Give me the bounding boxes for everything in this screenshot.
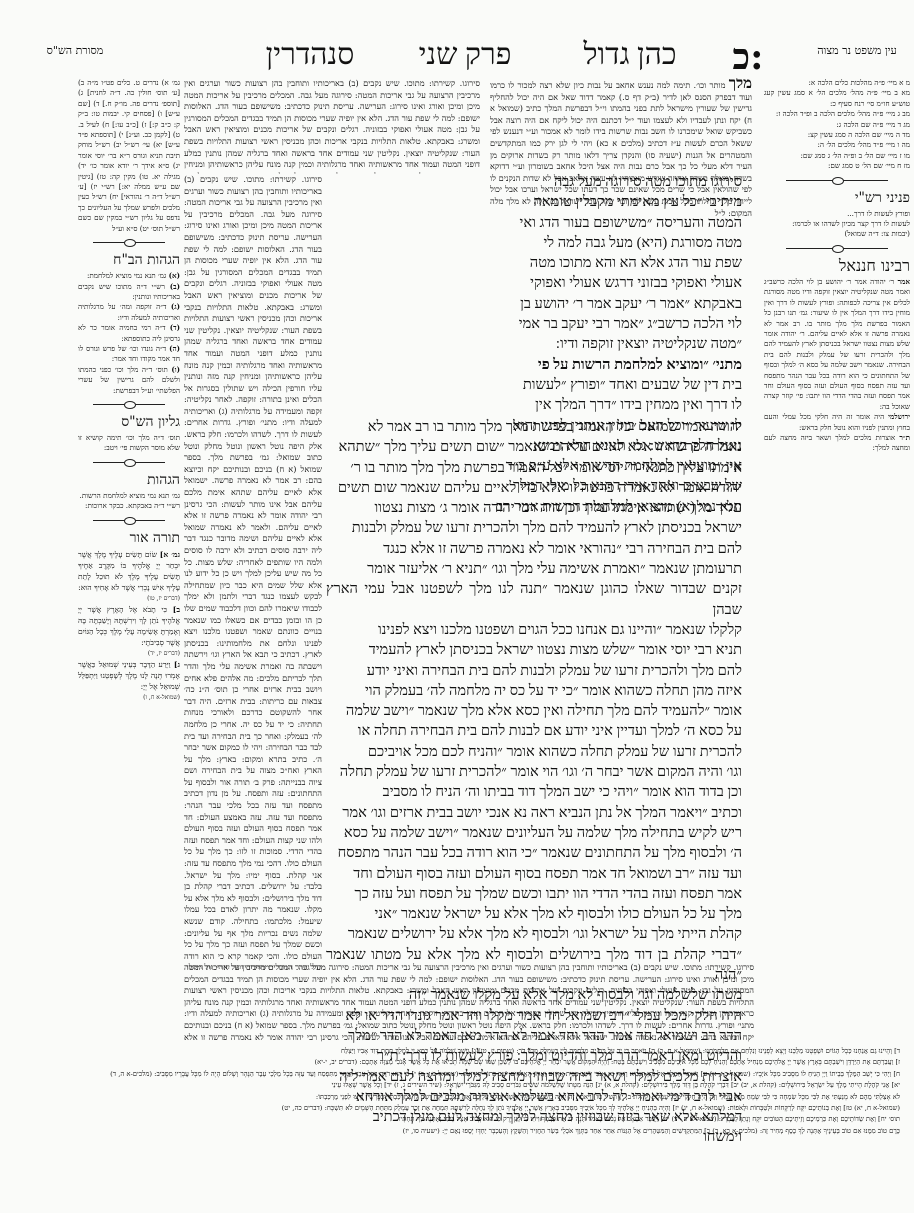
gemara-line: לו דרך ואין ממחין בידו ״דרך המלך אין — [326, 395, 742, 415]
ornament-divider — [93, 516, 164, 525]
gemara-line: להם בית הבחירה רבי ״נהוראי אומר לא נאמרה… — [326, 539, 742, 559]
masoret-hashas-text: גמ׳ א) נדרים ט. כלים פט״ו מ״ה ב) [ע׳ תוס… — [78, 78, 180, 234]
ein-mishpat-entry: מו ז מיי׳ שם הל׳ ב ופ״ה הל׳ ג סמג שם: — [764, 151, 910, 161]
gemara-line: ועד עזה ״רב ושמואל חד אמר תפסח בסוף העול… — [326, 864, 742, 884]
verse-source: (דברים יז, טו) — [78, 593, 180, 604]
chapter-name: כהן גדול — [560, 38, 700, 72]
ornament-divider — [786, 244, 888, 253]
rashi-text: סירוגו. קשירתו: מתוכו. שיש נקבים (ב) באר… — [184, 78, 480, 174]
penei-rashi-title: פניני רש"י — [764, 189, 910, 207]
penei-rashi-line: (יבמות צו: ד״ה שמואל) — [764, 229, 910, 239]
ein-mishpat-entries: מ א מיי׳ פ״ה מהלכות כלים הלכה א: מא ב מי… — [764, 78, 910, 172]
ornament-divider — [93, 400, 164, 409]
gemara-line: וכן בדוד הוא אומר ״ויהי כי ישב המלך דוד … — [326, 782, 742, 802]
gemara-line: תניא רבי יוסי אומר ״שלש מצות נצטוו ישראל… — [326, 640, 742, 660]
chananel-extra-text: אוצרות מלכים למלך ושאר ביזה מחצה לעם ומח… — [764, 433, 910, 452]
footnote-line: (שמואל-א ח, יא) טז] וְאֶת בְּנוֹתֵיכֶם י… — [14, 1103, 900, 1114]
rashi-text-cont: סירוגו. קשירתו: מתוכו. שיש נקבים (ב) באר… — [184, 174, 322, 969]
habach-entry: (ב) רש״י ד״ה מתוכו שיש נקבים באריכותיו ו… — [78, 282, 180, 303]
right-margin: מ א מיי׳ פ״ה מהלכות כלים הלכה א: מא ב מי… — [764, 78, 910, 454]
gemara-line: נאמרה פרשה זו אלא לאיים עליהם שנאמר ״שום… — [326, 437, 742, 457]
footnotes-block: ד] וְהָיִינוּ גַם אֲנַחְנוּ כְּכָל הַגּו… — [14, 1046, 900, 1137]
ein-mishpat-entry: מב ג מיי׳ פ״ה מהל׳ מלכים הלכה ב ופ״ד הלכ… — [764, 109, 910, 119]
gemara-line: ״דברי קהלת בן דוד מלך בירושלים ולבסוף לא… — [326, 945, 742, 986]
ein-mishpat-entry: מג ד מיי׳ פ״ה שם הלכה ג: — [764, 120, 910, 130]
left-margin: גמ׳ א) נדרים ט. כלים פט״ו מ״ה ב) [ע׳ תוס… — [78, 78, 180, 703]
footnote-line: ז] וַעֲבַרְתֶּם אֶת הַיַּרְדֵּן וִישַׁבְ… — [14, 1057, 900, 1068]
masoret-title: מסורת הש"ס — [20, 44, 130, 58]
habach-entry: (ה) ד״ה גונדו וכו׳ של פרש וגורס לו חד אמ… — [78, 344, 180, 365]
gemara-line: ״מטה שנקליטיה יוצאין זוקפה ודיו: — [326, 334, 742, 354]
hagahot-habach-title: הגהות הב"ח — [78, 251, 180, 269]
gemara-line: תרעומתן שנאמר ״ואמרת אשימה עלי מלך וגו׳ … — [326, 559, 742, 579]
gemara-line: המטה והעריסה ״משישופם בעור הדג ואי — [326, 213, 742, 233]
footnote-line: תוס׳ יח] וְאֶת שְׂדוֹתֵיכֶם וְאֶת כַּרְמ… — [14, 1114, 900, 1125]
torah-or-verses: גמ׳ א] שׂוֹם תָּשִׂים עָלֶיךָ מֶלֶךְ אֲש… — [78, 549, 180, 703]
gemara-line: על כסא ה׳ למלך ועדיין איני יודע אם לבנות… — [326, 721, 742, 741]
daf-number: כ: — [718, 36, 778, 78]
habach-entry: (ו) תוס׳ ד״ה מלך וכו׳ כפני כהמתו ולשלם ל… — [78, 365, 180, 396]
footnote-line: ח] וַיְהִי כִּי יָשַׁב הַמֶּלֶךְ בְּבֵית… — [14, 1069, 900, 1080]
gemara-line: קלקלו שנאמר ״והיינו גם אנחנו ככל הגוים ו… — [326, 620, 742, 640]
ein-mishpat-entry: מ א מיי׳ פ״ה מהלכות כלים הלכה א: — [764, 78, 910, 88]
ein-mishpat-entry: מא ב מיי׳ פ״ה מהל׳ מלכים הל׳ א סמג עשין … — [764, 88, 910, 109]
footnote-line: כֶּרֶם טוֹב מִמֶּנּוּ אִם טוֹב בְּעֵינֶי… — [14, 1126, 900, 1137]
gemara-line: יהודה אמר שמואל ״כל האמור בפרשת מלך מלך … — [326, 417, 742, 437]
gemara-line: מטתו שלשלמה וגו׳ ולבסוף לא מלך אלא על מק… — [326, 985, 742, 1005]
gemara-line: ישראל בכניסתן לארץ להעמיד להם מלך ולהכרי… — [326, 518, 742, 538]
gemara-line: בית דין של שבעים ואחד ״ופורץ ״לעשות — [326, 375, 742, 395]
chananel-lead-word: אמר — [898, 277, 910, 286]
gemara-line: אומר ״להעמיד להם מלך תחילה ואין כסא אלא … — [326, 701, 742, 721]
gemara-line: מיתיבי ״כל עץ מאימתי מקבלין טומאה — [326, 192, 742, 212]
gemara-line: ריש לקיש בתחילה מלך שלמה על העליונים שנא… — [326, 823, 742, 843]
gemara-line: וגו׳ והיה המקום אשר יבחר ה׳ וגו׳ הוי אומ… — [326, 762, 742, 782]
gilyon-hashas-text: תוס׳ ד״ה מלך וכו׳ תימה קושיא זו שלא מוסר… — [78, 433, 180, 454]
verse-source: (שמואל-א ח, ו) — [78, 692, 180, 703]
gemara-line: אמר תפסח ועזה בהדי הדדי הוו יתבו וכשם שמ… — [326, 884, 742, 904]
gemara-line: איזה מהן תחלה כשהוא אומר ״כי יד על כס יה… — [326, 681, 742, 701]
rashi-commentary-top: סירוגו. קשירתו: מתוכו. שיש נקבים (ב) באר… — [184, 78, 480, 174]
verse-source: (דברים יז, יד) — [78, 648, 180, 659]
gemara-line: שפת עור הדג אלא הא והא מתוכו מטה — [326, 253, 742, 273]
ein-mishpat-entry: מז ח מיי׳ שם הל׳ ט סמג שם: — [764, 161, 910, 171]
torah-or-verse: ב] כִּי תָבֹא אֶל הָאָרֶץ אֲשֶׁר יְיָ אֱ… — [78, 604, 180, 648]
gemara-line: קהלת הייתי מלך על ישראל וגו׳ ולבסוף לא מ… — [326, 924, 742, 944]
gemara-line: באבקתא ״אמר ר׳ יעקב אמר ר׳ יהושע בן — [326, 294, 742, 314]
gemara-line: היה חלקי מכל עמלי ״רב ושמואל חד אמר מקלו… — [326, 1006, 742, 1026]
rabbeinu-chananel-title: רבינו חננאל — [764, 257, 910, 275]
ornament-divider — [93, 238, 164, 247]
gemara-line: אעולי ואפוקי בבזוני דרגש אעולי ואפוקי — [326, 273, 742, 293]
gemara-line: מטה מסורגת (היא) מעל גבה למה לי — [326, 233, 742, 253]
hagahot-habach-entries: (א) גמ׳ תנא נמי מוציא למלחמת: (ב) רש״י ד… — [78, 271, 180, 396]
gemara-line: לוי הלכה כרשב״ג ״אמר רבי יעקב בר אמי — [326, 314, 742, 334]
footnote-line: יא] אֲנִי קֹהֶלֶת הָיִיתִי מֶלֶךְ עַל יִ… — [14, 1080, 900, 1091]
footnote-line: ד] וְהָיִינוּ גַם אֲנַחְנוּ כְּכָל הַגּו… — [14, 1046, 900, 1057]
gilyon-hashas-title: גליון הש"ס — [78, 413, 180, 431]
gemara-line: אימתו עליך כתנאי ר׳ יוסי אומר ״כל האמור … — [326, 458, 742, 478]
gemara-line: סירוגו מתוכו מטה סירוגה מעל גבה — [326, 172, 742, 192]
rashi-commentary-column: סירוגו. קשירתו: מתוכו. שיש נקבים (ב) באר… — [184, 174, 322, 969]
gemara-line: זקנים שבדור שאלו כהוגן שנאמר ״תנה לנו מל… — [326, 579, 742, 620]
torah-or-verse: גמ׳ א] שׂוֹם תָּשִׂים עָלֶיךָ מֶלֶךְ אֲש… — [78, 549, 180, 593]
penei-rashi-line: לעשות לו דרך קצר מכיון לשדהו או לכרמו: — [764, 219, 910, 229]
chananel-body: ר׳ יהודה אמר ר׳ יהושע בן לוי הלכה כרשב״ג… — [764, 277, 910, 411]
gemara-line: הדר רב ושמואל חד אמר הדר וחד אמר לא הדר … — [326, 1026, 742, 1046]
torah-or-title: תורה אור — [78, 529, 180, 547]
chananel-extra-lead: ת״ר — [899, 433, 910, 442]
ein-mishpat-entry: מה ו מיי׳ פ״ד מהל׳ מלכים הל׳ ה: — [764, 140, 910, 150]
gemara-line: מלך על כל העולם כולו ולבסוף לא מלך אלא ע… — [326, 904, 742, 924]
ornament-divider — [93, 458, 164, 467]
habach-entry: (א) גמ׳ תנא נמי מוציא למלחמת: — [78, 271, 180, 281]
footnote-line: לֹא אָצַלְתִּי מֵהֶם לֹא מָנַעְתִּי אֶת … — [14, 1092, 900, 1103]
habach-entry: (ד) ד״ה רמי בחמיה אומר כר לא גרסינן ליה … — [78, 323, 180, 344]
gemara-line: וכתיב ״ויאמר המלך אל נתן הנביא ראה נא אנ… — [326, 803, 742, 823]
gemara-line: ה׳ ולבסוף מלך על התחתונים שנאמר ״כי הוא … — [326, 843, 742, 863]
gemara-line: עליך מלך שתהא אימתו עליך וכן היה רבי יהו… — [326, 498, 742, 518]
penei-rashi-line: ופורץ לעשות לו דרך... — [764, 209, 910, 219]
tractate-name: סנהדרין — [245, 38, 375, 72]
gemara-text-wide: יהודה אמר שמואל ״כל האמור בפרשת מלך מלך … — [326, 417, 742, 1148]
tosafot-lead-word: מלך — [729, 78, 752, 92]
perek-number: פרק שני — [405, 38, 525, 72]
gemara-line: יהודה אומר לא נאמרה פרשה זו אלא כדי לאיי… — [326, 478, 742, 498]
mishnah-start-line: מתני׳ ״ומוציא למלחמת הרשות על פי — [326, 355, 742, 375]
gemara-line: להכרית זרעו של עמלק תחלה כשהוא אומר ״והנ… — [326, 742, 742, 762]
gemara-line: להם מלך ולהכרית זרעו של עמלק ולבנות להם … — [326, 661, 742, 681]
rabbeinu-chananel-text: אמר ר׳ יהודה אמר ר׳ יהושע בן לוי הלכה כר… — [764, 277, 910, 454]
penei-rashi-text: ופורץ לעשות לו דרך... לעשות לו דרך קצר מ… — [764, 209, 910, 240]
habach-entry: (ג) ד״ה זוקפה ומה׳ על מרגלותיה ואריכותיה… — [78, 302, 180, 323]
torah-or-verse: ג] וַיֵּרַע הַדָּבָר בְּעֵינֵי שְׁמוּאֵל… — [78, 659, 180, 692]
ornament-divider — [786, 176, 888, 185]
ein-mishpat-entry: מד ה מיי׳ שם הלכה ה סמג עשין קצ: — [764, 130, 910, 140]
hagahot-text: גמ׳ תנא נמי מוציא למלחמת הרשות. רש״י ד״ה… — [78, 491, 180, 512]
hagahot-title: הגהות — [78, 471, 180, 489]
ein-mishpat-title: עין משפט נר מצוה — [812, 44, 902, 58]
chananel-extra-lead: ירושלמי — [888, 412, 910, 421]
